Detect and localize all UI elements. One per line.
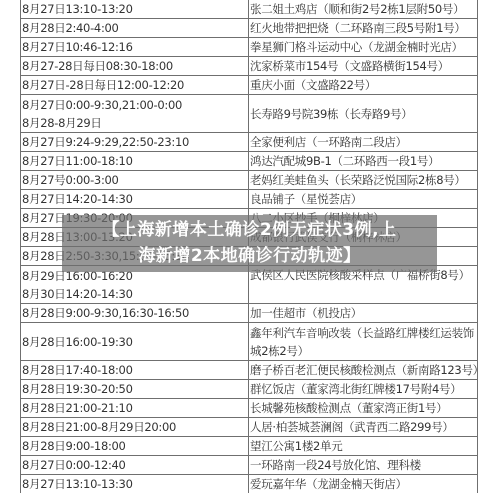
- table-cell-time: 8月27号0:00-3:00: [21, 171, 249, 190]
- table-cell-place: 望江公寓1楼2单元: [249, 437, 478, 456]
- table-cell-place: 人居·柏荟城荟澜阁（武青西二路299号）: [249, 418, 478, 437]
- table-row: 8月27日14:20-14:30 良品铺子（星悦荟店）: [21, 190, 478, 209]
- table-cell-time: 8月27日-28日每日12:00-12:20: [21, 76, 249, 95]
- table-cell-time: 8月28日9:00-18:00: [21, 437, 249, 456]
- table-cell-time: 8月28日19:30-20:50: [21, 380, 249, 399]
- table-cell-place: 全家便利店（一环路南二段店）: [249, 133, 478, 152]
- table-row: 8月28日19:30-20:50 群忆饭店（董家湾北街红牌楼17号附4号）: [21, 380, 478, 399]
- table-cell-place: 张二姐土鸡店（顺和街2号2栋1层附50号）: [249, 0, 478, 19]
- table-row: 8月27日0:00-12:40 一环路南一段24号放化馆、理科楼: [21, 456, 478, 475]
- table-row: 8月27日9:24-9:29,22:50-23:10 全家便利店（一环路南二段店…: [21, 133, 478, 152]
- table-row: 8月28日2:40-4:00 红火地带把把烧（二环路南三段5号附1号）: [21, 19, 478, 38]
- table-cell-time: 8月27日13:10-13:20: [21, 0, 249, 19]
- headline-line-2: 海新增2本地确诊行动轨迹】: [62, 243, 437, 269]
- table-cell-place: 沈家桥菜市154号（文盛路横街154号）: [249, 57, 478, 76]
- table-cell-place: 红火地带把把烧（二环路南三段5号附1号）: [249, 19, 478, 38]
- time-line-2: 8月30日14:20-14:30: [22, 285, 248, 303]
- table-cell-place: 一环路南一段24号放化馆、理科楼: [249, 456, 478, 475]
- table-row: 8月28日17:40-18:00 磨子桥百老汇便民核酸检测点（新南路123号）: [21, 361, 478, 380]
- table-cell-time: 8月28日21:00-21:10: [21, 399, 249, 418]
- table-row: 8月27日11:00-18:10 鸿达汽配城9B-1（二环路西一段1号）: [21, 152, 478, 171]
- table-row: 8月27日0:00-9:30,21:00-0:00 8月28-8月29日 长寿路…: [21, 95, 478, 133]
- time-line-2: 8月28-8月29日: [22, 114, 248, 132]
- table-row: 8月28日9:00-18:00 望江公寓1楼2单元: [21, 437, 478, 456]
- headline-line-1: 【上海新增本土确诊2例无症状3例,上: [62, 217, 437, 243]
- headline-overlay-banner: 【上海新增本土确诊2例无症状3例,上 海新增2本地确诊行动轨迹】: [62, 215, 437, 272]
- table-cell-place: 老妈红美蛙鱼头（长荣路泛悦国际2栋8号）: [249, 171, 478, 190]
- table-row: 8月27日13:10-13:30 爱玩嘉年华（龙湖金楠天街店）: [21, 475, 478, 493]
- table-cell-time: 8月27日0:00-12:40: [21, 456, 249, 475]
- table-row: 8月27日10:46-12:16 拳星狮门格斗运动中心（龙湖金楠时光店）: [21, 38, 478, 57]
- table-row: 8月27-28日每日08:30-18:00 沈家桥菜市154号（文盛路横街154…: [21, 57, 478, 76]
- table-cell-place: 长寿路9号院39栋（长寿路9号）: [249, 95, 478, 133]
- table-row: 8月28日21:00-21:10 长城馨苑核酸检测点（董家湾正街1号）: [21, 399, 478, 418]
- table-cell-time: 8月27日10:46-12:16: [21, 38, 249, 57]
- table-cell-place: 爱玩嘉年华（龙湖金楠天街店）: [249, 475, 478, 493]
- table-cell-time: 8月27日14:20-14:30: [21, 190, 249, 209]
- table-cell-place: 良品铺子（星悦荟店）: [249, 190, 478, 209]
- table-cell-time: 8月27-28日每日08:30-18:00: [21, 57, 249, 76]
- table-cell-place: 磨子桥百老汇便民核酸检测点（新南路123号）: [249, 361, 478, 380]
- table-cell-time: 8月28日17:40-18:00: [21, 361, 249, 380]
- table-row: 8月28日21:00-8月29日20:00 人居·柏荟城荟澜阁（武青西二路299…: [21, 418, 478, 437]
- table-cell-time: 8月27日13:10-13:30: [21, 475, 249, 493]
- table-row: 8月27日-28日每日12:00-12:20 重庆小面（文盛路22号）: [21, 76, 478, 95]
- table-cell-place: 拳星狮门格斗运动中心（龙湖金楠时光店）: [249, 38, 478, 57]
- table-cell-place: 重庆小面（文盛路22号）: [249, 76, 478, 95]
- table-row: 8月27号0:00-3:00 老妈红美蛙鱼头（长荣路泛悦国际2栋8号）: [21, 171, 478, 190]
- table-cell-time: 8月27日11:00-18:10: [21, 152, 249, 171]
- table-cell-place: 群忆饭店（董家湾北街红牌楼17号附4号）: [249, 380, 478, 399]
- table-cell-time: 8月27日0:00-9:30,21:00-0:00 8月28-8月29日: [21, 95, 249, 133]
- table-cell-place: 鑫年利汽车音响改装（长益路红牌楼红运装饰城2栋2号）: [249, 323, 478, 361]
- table-row: 8月28日9:00-9:30,16:30-16:50 加一佳超市（机投店）: [21, 304, 478, 323]
- table-cell-place: 鸿达汽配城9B-1（二环路西一段1号）: [249, 152, 478, 171]
- table-row: 8月28日16:00-19:30 鑫年利汽车音响改装（长益路红牌楼红运装饰城2栋…: [21, 323, 478, 361]
- table-cell-place: 加一佳超市（机投店）: [249, 304, 478, 323]
- time-line-1: 8月27日0:00-9:30,21:00-0:00: [22, 96, 248, 114]
- table-cell-time: 8月28日2:40-4:00: [21, 19, 249, 38]
- table-cell-time: 8月28日21:00-8月29日20:00: [21, 418, 249, 437]
- table-cell-time: 8月28日16:00-19:30: [21, 323, 249, 361]
- table-row: 8月27日13:10-13:20 张二姐土鸡店（顺和街2号2栋1层附50号）: [21, 0, 478, 19]
- table-cell-time: 8月28日9:00-9:30,16:30-16:50: [21, 304, 249, 323]
- table-cell-place: 长城馨苑核酸检测点（董家湾正街1号）: [249, 399, 478, 418]
- table-cell-time: 8月27日9:24-9:29,22:50-23:10: [21, 133, 249, 152]
